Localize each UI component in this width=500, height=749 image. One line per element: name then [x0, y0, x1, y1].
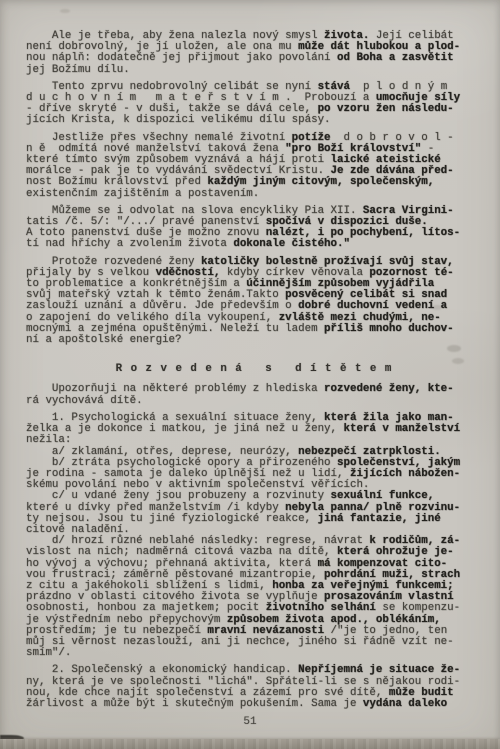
text-line: můj si věrnost nezaslouží, ani ji nechce… — [26, 637, 482, 648]
paragraph: 1. Psychologická a sexuální situace ženy… — [26, 413, 482, 659]
page-number: 51 — [0, 716, 500, 728]
text-line: nost Božímu království před každým jiným… — [26, 177, 482, 188]
paragraph: 2. Společenský a ekonomický handicap. Ne… — [26, 665, 482, 710]
emphasized-text: příliš mnoho duchov- — [324, 323, 454, 335]
emphasized-text: jiná fantazie, jiné — [318, 513, 441, 525]
emphasized-text: sexuální funkce, — [331, 490, 435, 502]
emphasized-text: každým jiným citovým, společenským, — [207, 176, 434, 188]
emphasized-text: stává — [318, 81, 350, 93]
emphasized-text: dokonale čistého." — [233, 238, 350, 250]
emphasized-text: může budit — [389, 687, 454, 699]
emphasized-text: mravní nevázanosti — [207, 625, 324, 637]
emphasized-text: zvláště mezi chudými, ne- — [279, 312, 441, 324]
emphasized-text: dobré duchovní vedení a — [298, 300, 447, 312]
emphasized-text: nebezpečí zatrpklosti. — [298, 446, 441, 458]
text-line: existenčním zajištěním a postavením. — [26, 189, 482, 200]
paragraph: Upozorňuji na některé problémy z hledisk… — [26, 384, 482, 406]
text-line: ní a apoštolské energie? — [26, 335, 482, 346]
emphasized-text: společenství, jakým — [337, 457, 460, 469]
section-heading: R o z v e d e n á s d í t ě t e m — [26, 364, 482, 375]
emphasized-text: katoličky bolestně prožívají svůj stav, — [201, 256, 454, 268]
emphasized-text: má kompenzovat cito- — [318, 558, 448, 570]
text-line: smím"/. — [26, 648, 482, 659]
text-line: Upozorňuji na některé problémy z hledisk… — [26, 384, 482, 395]
text-line: nou náplň: dodatečně jej přijmout jako p… — [26, 53, 482, 64]
emphasized-text: která ohrožuje je- — [337, 546, 454, 558]
emphasized-text: životního selhání — [266, 602, 376, 614]
emphasized-text: rozvedené ženy, kte- — [324, 383, 454, 395]
emphasized-text: vydána daleko — [363, 698, 447, 710]
emphasized-text: potíže — [292, 132, 331, 144]
emphasized-text: pohrdání muži, strach — [324, 569, 460, 581]
emphasized-text: způsobem života apod., oblékáním, — [227, 614, 441, 626]
text-line: tí nad hříchy a zvolením života dokonale… — [26, 239, 482, 250]
text-line: rá vychovává dítě. — [26, 396, 482, 407]
text-line: žárlivost a může být i skutečným pokušen… — [26, 699, 482, 710]
emphasized-text: od Boha a zasvětit — [337, 52, 454, 64]
text-line: 2. Společenský a ekonomický handicap. Ne… — [26, 665, 482, 676]
scan-edge-band — [0, 739, 500, 749]
emphasized-text: Nepříjemná je situace že- — [298, 664, 460, 676]
emphasized-text: nebyla panna/ plně rozvinu- — [285, 502, 460, 514]
paragraph: Tento zprvu nedobrovolný celibát se nyní… — [26, 82, 482, 127]
paragraph: Můžeme se i odvolat na slova encykliky P… — [26, 206, 482, 251]
paragraph: Protože rozvedené ženy katoličky bolestn… — [26, 257, 482, 347]
text-line: jej Božímu dílu. — [26, 65, 482, 76]
paragraph: Ale je třeba, aby žena nalezla nový smys… — [26, 31, 482, 76]
emphasized-text: která v manželství — [343, 423, 460, 435]
paragraph: Jestliže přes všechny nemalé životní pot… — [26, 133, 482, 200]
emphasized-text: po vzoru žen následu- — [318, 103, 454, 115]
text-block: Ale je třeba, aby žena nalezla nový smys… — [26, 31, 482, 710]
scan-smudge — [60, 9, 70, 13]
text-line: želka a je dokonce i matkou, je jiná než… — [26, 424, 482, 435]
text-line: jících Krista, k dispozici velikému dílu… — [26, 115, 482, 126]
